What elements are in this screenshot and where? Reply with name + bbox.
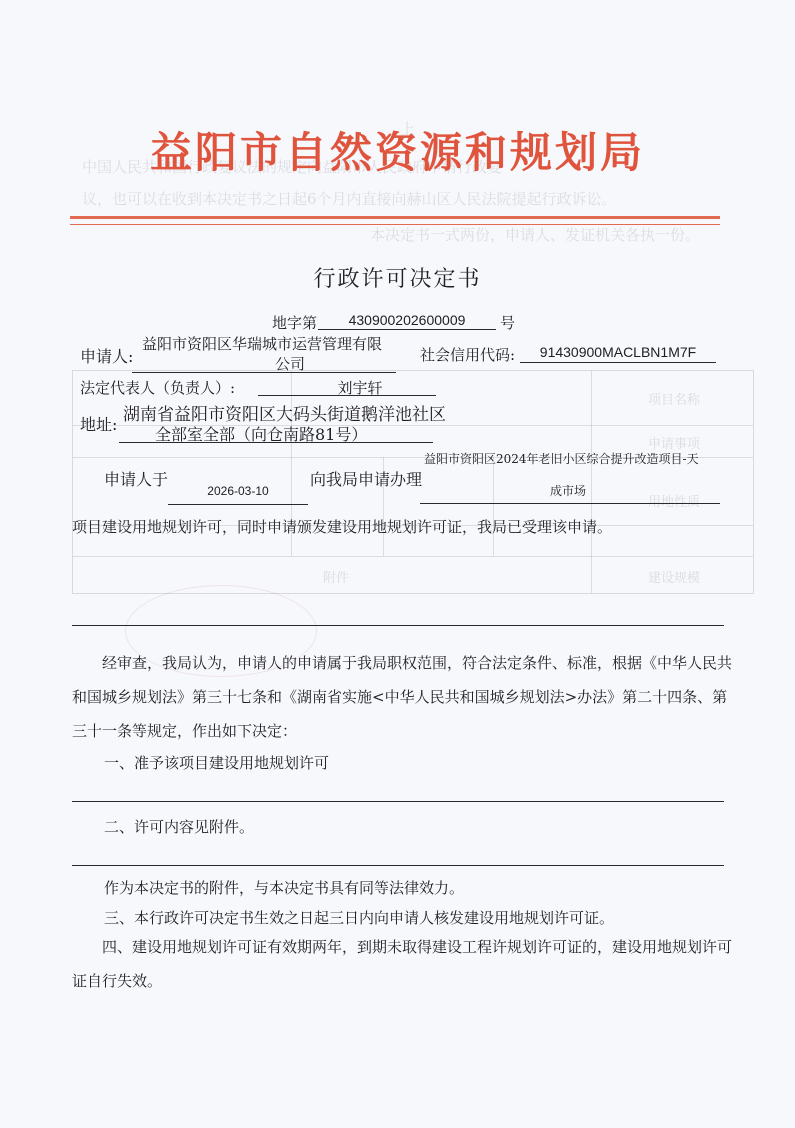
- doc-number: 430900202600009: [318, 312, 496, 328]
- decision-item-2: 二、许可内容见附件。: [104, 816, 254, 837]
- doc-number-suffix: 号: [500, 312, 515, 333]
- underline: [258, 395, 436, 396]
- underline: [72, 801, 724, 802]
- doc-number-prefix: 地字第: [272, 312, 317, 333]
- credit-code-label: 社会信用代码:: [420, 344, 515, 365]
- underline: [119, 442, 433, 443]
- ghost-text: 本决定书一式两份，申请人、发证机关各执一份。: [370, 224, 700, 245]
- review-paragraph: 经审查，我局认为，申请人的申请属于我局职权范围，符合法定条件、标准，根据《中华人…: [72, 646, 732, 748]
- underline: [520, 362, 716, 363]
- application-middle: 向我局申请办理: [310, 467, 422, 490]
- decision-item-1: 一、准予该项目建设用地规划许可: [104, 752, 329, 773]
- letterhead-rule-thin: [70, 224, 720, 225]
- agency-letterhead: 益阳市自然资源和规划局: [0, 120, 795, 180]
- letterhead-rule-thick: [70, 216, 720, 219]
- document-title: 行政许可决定书: [0, 262, 795, 293]
- applicant-name-line2: 公司: [255, 353, 325, 374]
- separator-line: [72, 625, 724, 626]
- underline: [132, 372, 396, 373]
- applicant-name-line1: 益阳市资阳区华瑞城市运营管理有限: [142, 333, 382, 354]
- application-continuation: 项目建设用地规划许可，同时申请颁发建设用地规划许可证，我局已受理该申请。: [72, 516, 612, 537]
- application-date: 2026-03-10: [168, 484, 308, 498]
- underline: [318, 329, 496, 330]
- decision-item-4: 四、建设用地规划许可证有效期两年，到期未取得建设工程许规划许可证的，建设用地规划…: [72, 930, 732, 998]
- project-name-line2: 成市场: [550, 482, 586, 499]
- underline: [420, 503, 720, 504]
- project-name-line1: 益阳市资阳区2024年老旧小区综合提升改造项目-天: [424, 450, 699, 467]
- underline: [72, 865, 724, 866]
- decision-item-3: 三、本行政许可决定书生效之日起三日内向申请人核发建设用地规划许可证。: [104, 907, 614, 928]
- decision-item-2-continuation: 作为本决定书的附件，与本决定书具有同等法律效力。: [104, 877, 464, 898]
- credit-code: 91430900MACLBN1M7F: [520, 344, 716, 360]
- applicant-label: 申请人:: [80, 344, 133, 367]
- legal-rep-label: 法定代表人（负责人）:: [80, 377, 235, 398]
- address-label: 地址:: [80, 412, 117, 435]
- application-prefix: 申请人于: [104, 467, 168, 490]
- underline: [168, 504, 308, 505]
- ghost-text: 议，也可以在收到本决定书之日起6个月内直接向赫山区人民法院提起行政诉讼。: [82, 188, 617, 209]
